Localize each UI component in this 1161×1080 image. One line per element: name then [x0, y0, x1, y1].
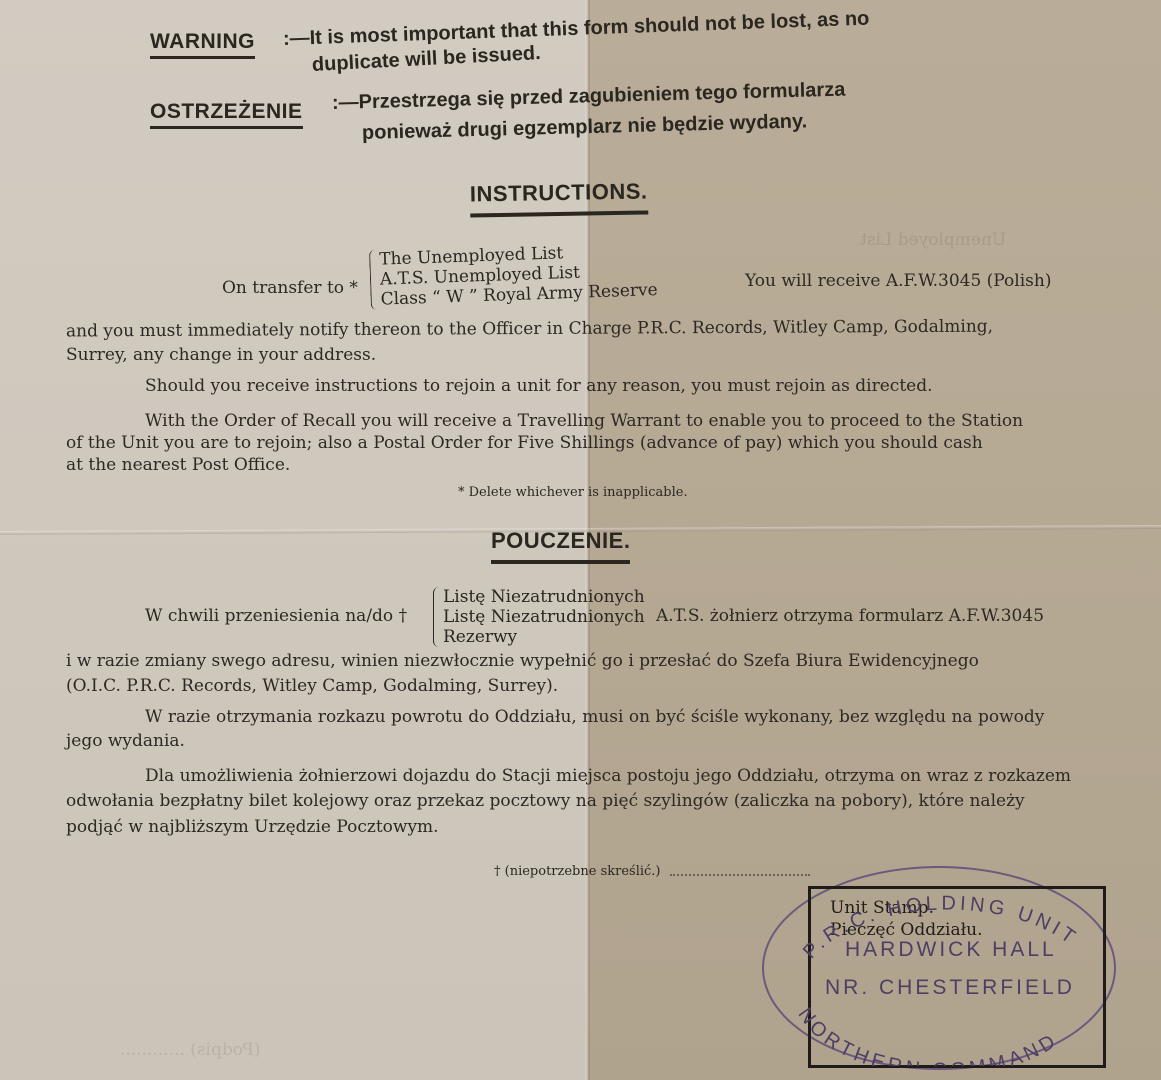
instructions-para3-line3: at the nearest Post Office. [66, 454, 290, 476]
instructions-transfer-options: The Unemployed List A.T.S. Unemployed Li… [369, 240, 658, 310]
pouczenie-para1-line2: (O.I.C. P.R.C. Records, Witley Camp, God… [66, 675, 558, 697]
instructions-transfer-prefix: On transfer to * [222, 277, 358, 299]
instructions-heading: INSTRUCTIONS. [470, 178, 648, 217]
instructions-para3-line1: With the Order of Recall you will receiv… [145, 410, 1023, 432]
bleed-through-text: (Podpis) ............ [120, 1040, 260, 1060]
pouczenie-para1-line1: i w razie zmiany swego adresu, winien ni… [66, 650, 979, 672]
bracket [433, 587, 440, 647]
warning-label: WARNING [150, 30, 255, 59]
pouczenie-heading: POUCZENIE. [491, 528, 630, 564]
bleed-through-text: Unemployed List [860, 230, 1006, 250]
bracket [369, 250, 378, 310]
transfer-option: Listę Niezatrudnionych [443, 587, 645, 607]
pouczenie-transfer-suffix: A.T.S. żołnierz otrzyma formularz A.F.W.… [656, 605, 1044, 627]
transfer-option: Rezerwy [443, 627, 645, 647]
pouczenie-para2-line2: jego wydania. [66, 730, 185, 752]
pouczenie-transfer-options: Listę Niezatrudnionych Listę Niezatrudni… [433, 587, 645, 647]
stamp-line-2: NR. CHESTERFIELD [825, 976, 1075, 1000]
transfer-option: Listę Niezatrudnionych [443, 607, 645, 627]
pouczenie-para3-line1: Dla umożliwienia żołnierzowi dojazdu do … [145, 765, 1071, 787]
svg-text:NORTHERN COMMAND: NORTHERN COMMAND [793, 1004, 1062, 1066]
stamp-arc-text: P.R.C. HOLDING UNIT NORTHERN COMMAND [762, 866, 1112, 1066]
instructions-footnote: * Delete whichever is inapplicable. [458, 485, 688, 500]
instructions-para2: Should you receive instructions to rejoi… [145, 375, 933, 397]
pouczenie-para3-line2: odwołania bezpłatny bilet kolejowy oraz … [66, 790, 1025, 812]
instructions-para1-line2: Surrey, any change in your address. [66, 344, 376, 366]
instructions-transfer-suffix: You will receive A.F.W.3045 (Polish) [745, 270, 1051, 292]
instructions-para3-line2: of the Unit you are to rejoin; also a Po… [66, 432, 983, 454]
pouczenie-transfer-prefix: W chwili przeniesienia na/do † [145, 605, 407, 627]
stamp-arc-bottom: NORTHERN COMMAND [793, 1004, 1062, 1066]
pouczenie-footnote: † (niepotrzebne skreślić.) [494, 864, 661, 879]
pouczenie-para3-line3: podjąć w najbliższym Urzędzie Pocztowym. [66, 816, 439, 838]
ostrzezenie-label: OSTRZEŻENIE [150, 100, 303, 129]
stamp-line-1: HARDWICK HALL [845, 938, 1057, 962]
pouczenie-para2-line1: W razie otrzymania rozkazu powrotu do Od… [145, 706, 1044, 728]
